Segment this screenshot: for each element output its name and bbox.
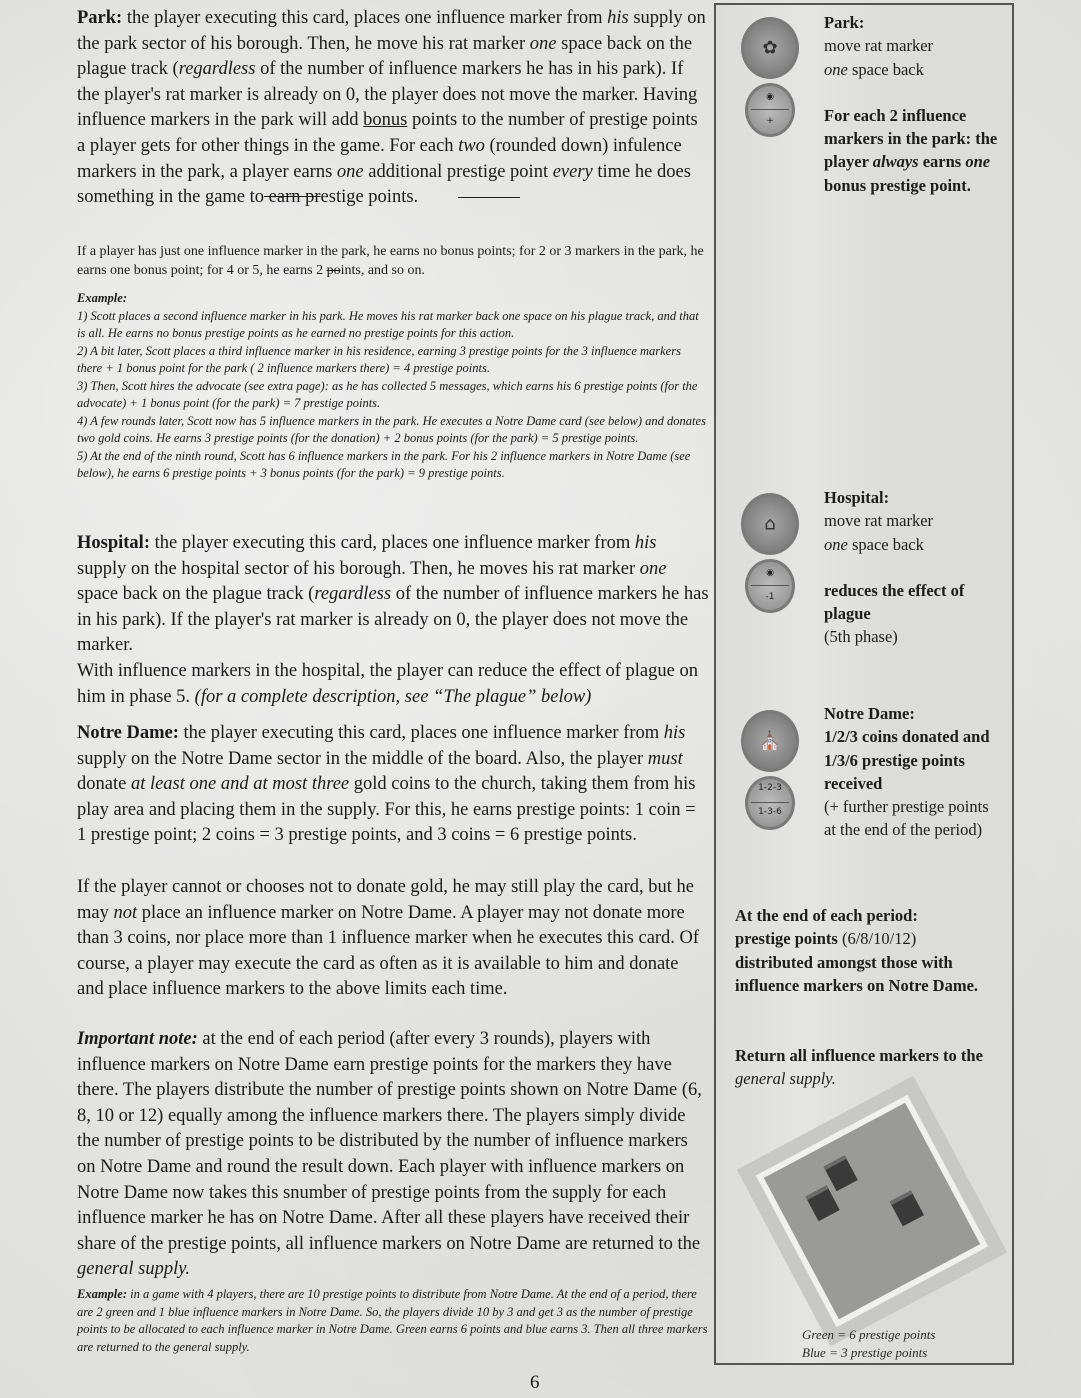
important-note: Important note: at the end of each perio… bbox=[77, 1027, 709, 1283]
blue-marker-cube bbox=[890, 1190, 924, 1226]
hospital-building-icon: ⌂ bbox=[741, 493, 799, 555]
sidebar-return-markers: Return all influence markers to the gene… bbox=[735, 1044, 995, 1091]
marker-points-legend: Green = 6 prestige points Blue = 3 prest… bbox=[802, 1326, 935, 1362]
hospital-card-icon: ⌂ ◉-1 bbox=[738, 493, 802, 613]
cathedral-icon: ⛪ bbox=[741, 710, 799, 772]
example-item: 1) Scott places a second influence marke… bbox=[77, 308, 709, 343]
park-paragraph: Park: the player executing this card, pl… bbox=[77, 6, 709, 211]
green-marker-cube bbox=[823, 1155, 857, 1191]
example-item: 2) A bit later, Scott places a third inf… bbox=[77, 343, 709, 378]
notre-dame-heading: Notre Dame: bbox=[77, 723, 179, 743]
divider bbox=[458, 197, 520, 198]
sidebar-park: Park: move rat marker one space back For… bbox=[824, 11, 1004, 197]
notre-dame-card-icon: ⛪ 1-2-31-3-6 bbox=[738, 710, 802, 830]
park-card-icon: ✿ ◉+ bbox=[738, 17, 802, 137]
notre-dame-paragraph: Notre Dame: the player executing this ca… bbox=[77, 721, 709, 849]
sidebar-hospital: Hospital: move rat marker one space back… bbox=[824, 486, 1004, 649]
example-item: 4) A few rounds later, Scott now has 5 i… bbox=[77, 413, 709, 448]
example-item: 3) Then, Scott hires the advocate (see e… bbox=[77, 378, 709, 413]
coins-to-points-icon: 1-2-31-3-6 bbox=[745, 776, 795, 830]
example-item: 5) At the end of the ninth round, Scott … bbox=[77, 448, 709, 483]
notre-dame-example: Example: in a game with 4 players, there… bbox=[77, 1286, 709, 1356]
green-marker-cube bbox=[805, 1185, 839, 1221]
sidebar-notre-dame: Notre Dame: 1/2/3 coins donated and 1/3/… bbox=[824, 702, 994, 842]
important-heading: Important note: bbox=[77, 1029, 198, 1049]
notre-dame-donation-rules: If the player cannot or chooses not to d… bbox=[77, 875, 709, 1003]
park-example: Example: 1) Scott places a second influe… bbox=[77, 290, 709, 483]
page-number: 6 bbox=[530, 1372, 540, 1394]
summary-sidebar: ✿ ◉+ Park: move rat marker one space bac… bbox=[714, 3, 1014, 1365]
rat-icon: ◉+ bbox=[745, 83, 795, 137]
park-bonus-note: If a player has just one influence marke… bbox=[77, 242, 709, 280]
hospital-heading: Hospital: bbox=[77, 533, 150, 553]
park-heading: Park: bbox=[77, 8, 122, 28]
rat-minus-one-icon: ◉-1 bbox=[745, 559, 795, 613]
example-heading: Example: bbox=[77, 291, 127, 305]
tree-deer-icon: ✿ bbox=[741, 17, 799, 79]
hospital-section: Hospital: the player executing this card… bbox=[77, 531, 709, 710]
sidebar-period-scoring: At the end of each period: prestige poin… bbox=[735, 904, 985, 997]
notre-dame-board-illustration bbox=[756, 1095, 976, 1315]
